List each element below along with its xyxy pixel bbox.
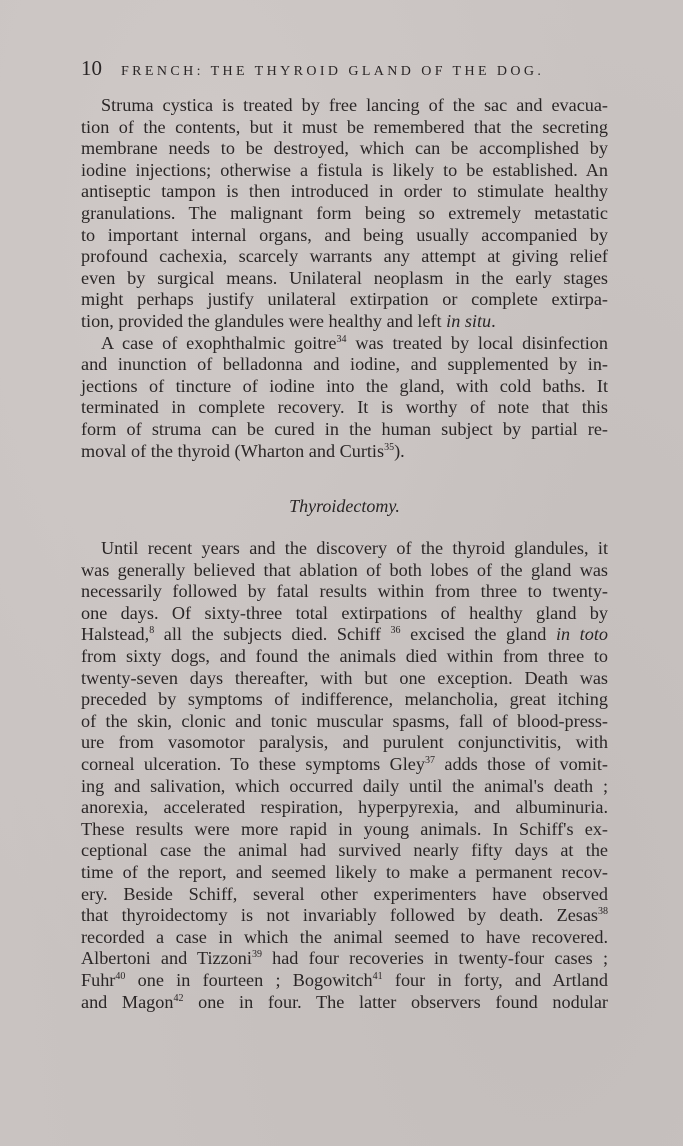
text-line: membrane needs to be destroyed, which ca… bbox=[81, 138, 608, 160]
text-line: and Magon42 one in four. The latter obse… bbox=[81, 992, 608, 1014]
text-line: from sixty dogs, and found the animals d… bbox=[81, 646, 608, 668]
paragraph-exophthalmic-goitre: A case of exophthalmic goitre34 was trea… bbox=[81, 333, 608, 463]
text-run: adds those of vomit- bbox=[435, 754, 608, 774]
text-line: These results were more rapid in young a… bbox=[81, 819, 608, 841]
footnote-ref: 35 bbox=[384, 442, 394, 453]
text-line: anorexia, accelerated respiration, hyper… bbox=[81, 797, 608, 819]
text-run: was treated by local disinfection bbox=[346, 333, 608, 353]
text-run: had four recoveries in twenty-four cases… bbox=[262, 948, 608, 968]
text-line: Until recent years and the discovery of … bbox=[81, 538, 608, 560]
text-line: jections of tincture of iodine into the … bbox=[81, 376, 608, 398]
footnote-ref: 36 bbox=[391, 625, 401, 636]
text-line: time of the report, and seemed likely to… bbox=[81, 862, 608, 884]
text-line: ure from vasomotor paralysis, and purule… bbox=[81, 732, 608, 754]
text-line: of the skin, clonic and tonic muscular s… bbox=[81, 711, 608, 733]
text-line: Albertoni and Tizzoni39 had four recover… bbox=[81, 948, 608, 970]
text-run: tion, provided the glandules were health… bbox=[81, 311, 446, 331]
text-line: twenty-seven days thereafter, with but o… bbox=[81, 668, 608, 690]
text-line: recorded a case in which the animal seem… bbox=[81, 927, 608, 949]
text-line: Halstead,8 all the subjects died. Schiff… bbox=[81, 624, 608, 646]
text-run: A case of exophthalmic goitre bbox=[101, 333, 336, 353]
text-line: Struma cystica is treated by free lancin… bbox=[81, 95, 608, 117]
footnote-ref: 41 bbox=[373, 971, 383, 982]
text-run: corneal ulceration. To these symptoms Gl… bbox=[81, 754, 425, 774]
text-line: form of struma can be cured in the human… bbox=[81, 419, 608, 441]
text-line: iodine injections; otherwise a fistula i… bbox=[81, 160, 608, 182]
text-line: granulations. The malignant form being s… bbox=[81, 203, 608, 225]
footnote-ref: 40 bbox=[115, 971, 125, 982]
italic-phrase: in situ bbox=[446, 311, 491, 331]
paragraph-thyroidectomy: Until recent years and the discovery of … bbox=[81, 538, 608, 1013]
text-run: . bbox=[491, 311, 496, 331]
text-line: even by surgical means. Unilateral neopl… bbox=[81, 268, 608, 290]
footnote-ref: 38 bbox=[598, 906, 608, 917]
book-page: 10 FRENCH: THE THYROID GLAND OF THE DOG.… bbox=[81, 56, 608, 1013]
text-run: one in fourteen ; Bogowitch bbox=[125, 970, 372, 990]
text-line: preceded by symptoms of indifference, me… bbox=[81, 689, 608, 711]
text-line: antiseptic tampon is then introduced in … bbox=[81, 181, 608, 203]
text-line: ceptional case the animal had survived n… bbox=[81, 840, 608, 862]
text-line: ing and salivation, which occurred daily… bbox=[81, 776, 608, 798]
section-heading: Thyroidectomy. bbox=[81, 496, 608, 518]
running-head: 10 FRENCH: THE THYROID GLAND OF THE DOG. bbox=[81, 56, 608, 86]
text-run: Albertoni and Tizzoni bbox=[81, 948, 252, 968]
text-run: one in four. The latter observers found … bbox=[183, 992, 608, 1012]
text-line: A case of exophthalmic goitre34 was trea… bbox=[81, 333, 608, 355]
text-run: ). bbox=[394, 441, 405, 461]
text-run: and Magon bbox=[81, 992, 173, 1012]
footnote-ref: 37 bbox=[425, 755, 435, 766]
text-run: excised the gland bbox=[401, 624, 556, 644]
page-number: 10 bbox=[81, 56, 121, 81]
text-line: necessarily followed by fatal results wi… bbox=[81, 581, 608, 603]
text-line: ery. Beside Schiff, several other experi… bbox=[81, 884, 608, 906]
footnote-ref: 39 bbox=[252, 949, 262, 960]
paragraph-struma-cystica: Struma cystica is treated by free lancin… bbox=[81, 95, 608, 333]
text-line: moval of the thyroid (Wharton and Curtis… bbox=[81, 441, 608, 463]
text-run: that thyroidectomy is not invariably fol… bbox=[81, 905, 598, 925]
text-line: might perhaps justify unilateral extirpa… bbox=[81, 289, 608, 311]
text-run: Halstead, bbox=[81, 624, 149, 644]
text-line: Fuhr40 one in fourteen ; Bogowitch41 fou… bbox=[81, 970, 608, 992]
text-line: tion of the contents, but it must be rem… bbox=[81, 117, 608, 139]
text-line: tion, provided the glandules were health… bbox=[81, 311, 608, 333]
text-run: moval of the thyroid (Wharton and Curtis bbox=[81, 441, 384, 461]
italic-phrase: in toto bbox=[556, 624, 608, 644]
text-run: Fuhr bbox=[81, 970, 115, 990]
text-line: that thyroidectomy is not invariably fol… bbox=[81, 905, 608, 927]
text-line: one days. Of sixty-three total extirpati… bbox=[81, 603, 608, 625]
running-title: FRENCH: THE THYROID GLAND OF THE DOG. bbox=[121, 64, 544, 80]
footnote-ref: 34 bbox=[336, 334, 346, 345]
footnote-ref: 42 bbox=[173, 993, 183, 1004]
text-line: and inunction of belladonna and iodine, … bbox=[81, 354, 608, 376]
text-run: all the subjects died. Schiff bbox=[154, 624, 390, 644]
text-run: four in forty, and Artland bbox=[383, 970, 608, 990]
text-line: to important internal organs, and being … bbox=[81, 225, 608, 247]
text-line: was generally believed that ablation of … bbox=[81, 560, 608, 582]
text-line: terminated in complete recovery. It is w… bbox=[81, 397, 608, 419]
text-line: profound cachexia, scarcely warrants any… bbox=[81, 246, 608, 268]
text-line: corneal ulceration. To these symptoms Gl… bbox=[81, 754, 608, 776]
